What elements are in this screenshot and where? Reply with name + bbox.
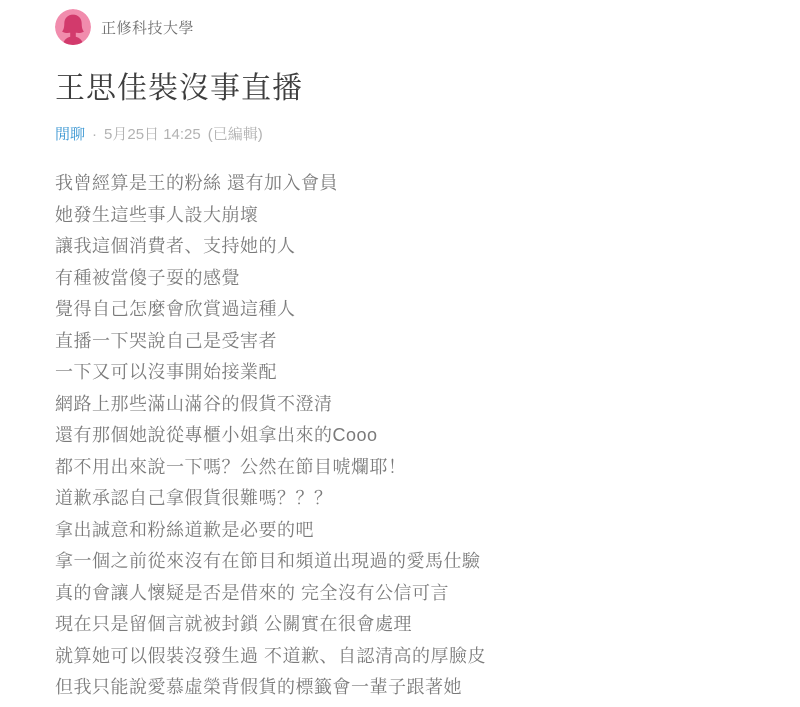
post-body-line: 就算她可以假裝沒發生過 不道歉、自認清高的厚臉皮 xyxy=(55,641,745,673)
post-body-line: 還有那個她說從專櫃小姐拿出來的Cooo xyxy=(55,420,745,452)
post-body-line: 我曾經算是王的粉絲 還有加入會員 xyxy=(55,168,745,200)
post-body-line: 但我只能說愛慕虛榮背假貨的標籤會一輩子跟著她 xyxy=(55,672,745,704)
female-person-icon xyxy=(55,9,91,45)
post-body-line: 讓我這個消費者、支持她的人 xyxy=(55,231,745,263)
forum-header-link[interactable]: 正修科技大學 xyxy=(55,8,194,46)
forum-name[interactable]: 正修科技大學 xyxy=(101,17,194,38)
post-body-line: 都不用出來說一下嗎？公然在節目唬爛耶！ xyxy=(55,452,745,484)
post-title: 王思佳裝沒事直播 xyxy=(55,68,745,110)
post-body-line: 直播一下哭說自己是受害者 xyxy=(55,326,745,358)
post-body: 我曾經算是王的粉絲 還有加入會員 她發生這些事人設大崩壞 讓我這個消費者、支持她… xyxy=(55,168,745,704)
edited-badge: (已編輯) xyxy=(208,124,263,145)
post-page: 正修科技大學 王思佳裝沒事直播 閒聊 · 5月25日 14:25 (已編輯) 我… xyxy=(0,0,800,707)
post-article: 正修科技大學 王思佳裝沒事直播 閒聊 · 5月25日 14:25 (已編輯) 我… xyxy=(0,0,800,704)
post-body-line: 真的會讓人懷疑是否是借來的 完全沒有公信可言 xyxy=(55,578,745,610)
post-body-line: 一下又可以沒事開始接業配 xyxy=(55,357,745,389)
meta-separator: · xyxy=(92,124,97,145)
post-body-line: 拿一個之前從來沒有在節目和頻道出現過的愛馬仕驗 xyxy=(55,546,745,578)
topic-link[interactable]: 閒聊 xyxy=(55,124,85,145)
post-body-line: 覺得自己怎麼會欣賞過這種人 xyxy=(55,294,745,326)
post-body-line: 道歉承認自己拿假貨很難嗎？？？ xyxy=(55,483,745,515)
post-body-line: 有種被當傻子耍的感覺 xyxy=(55,263,745,295)
post-timestamp: 5月25日 14:25 xyxy=(104,124,201,145)
post-body-line: 現在只是留個言就被封鎖 公關實在很會處理 xyxy=(55,609,745,641)
post-body-line: 網路上那些滿山滿谷的假貨不澄清 xyxy=(55,389,745,421)
post-body-line: 她發生這些事人設大崩壞 xyxy=(55,200,745,232)
post-meta: 閒聊 · 5月25日 14:25 (已編輯) xyxy=(55,124,745,145)
post-body-line: 拿出誠意和粉絲道歉是必要的吧 xyxy=(55,515,745,547)
